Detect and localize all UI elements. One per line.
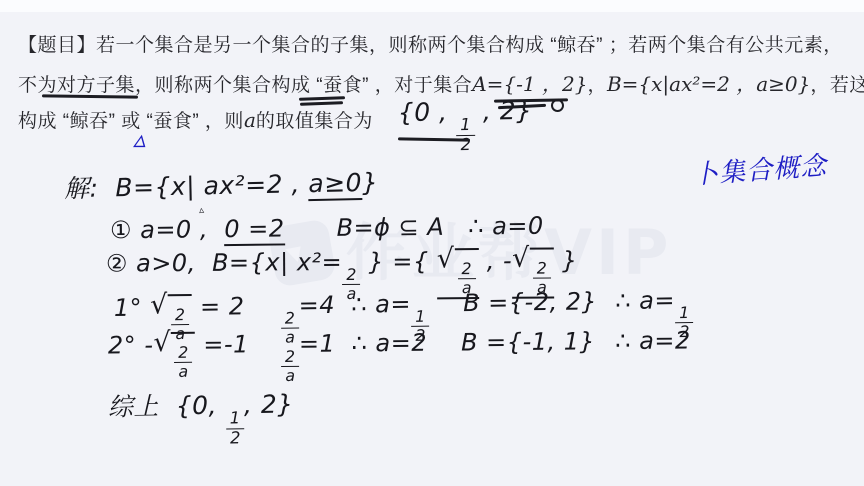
blue-triangle-mark: △ [133,131,148,149]
underline-duifangziji [42,94,138,98]
underline-canshi-2 [300,101,343,105]
problem-line-3: 构成 “鲸吞” 或 “蚕食” ，则a的取值集合为 [18,106,373,133]
solution-line-summary: 综上 {0, 12, 2} [107,384,294,449]
blue-margin-note: 卜集合概念 [691,145,828,191]
solution-line-subcase2: 2° -√2a =-12a=1 ∴ a=2B ={-1, 1}∴ a=2 [108,326,691,385]
solution-line-jie: 解: B={x| ax²=2 , a≥0} [64,163,379,206]
underline-canshi-1 [299,96,345,100]
problem-line-1: 【题目】若一个集合是另一个集合的子集，则称两个集合构成 “鲸吞” ；若两个集合有… [18,30,843,57]
solution-line-case1: ① a=0 , 0 =2B=ϕ ⊆ A∴ a=0 [110,212,544,245]
top-band [0,0,864,12]
problem-line-2: 不为对方子集，则称两个集合构成 “蚕食” ，对于集合A={-1 ，2}，B={x… [18,68,864,97]
math-notes-page: 作业帮VIP 【题目】若一个集合是另一个集合的子集，则称两个集合构成 “鲸吞” … [0,0,864,486]
